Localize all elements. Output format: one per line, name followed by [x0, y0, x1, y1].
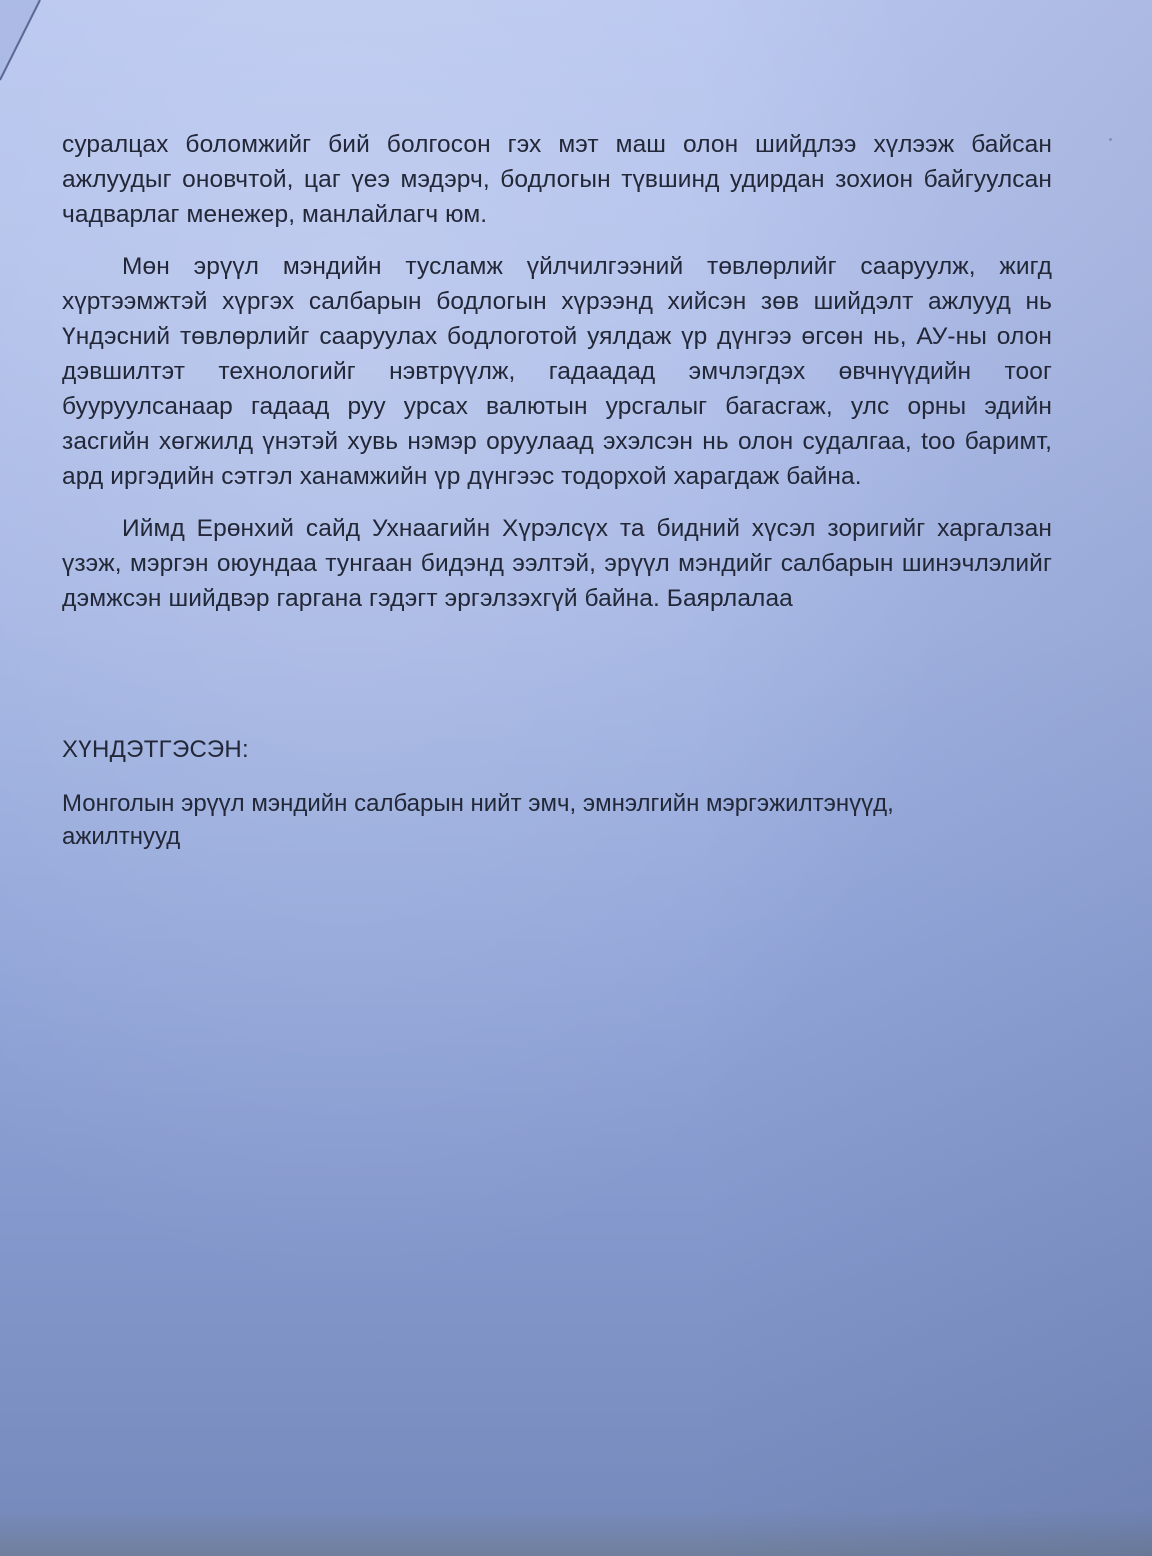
- text-line: ард иргэдийн сэтгэл ханамжийн үр дүнгээс…: [62, 459, 1052, 494]
- paragraph-intro-continuation: суралцах боломжийг бий болгосон гэх мэт …: [62, 127, 1052, 232]
- page-fold-edge: [0, 0, 60, 90]
- text-line: дэмжсэн шийдвэр гаргана гэдэгт эргэлзэхг…: [62, 581, 1052, 616]
- paragraph-appeal-to-prime-minister: Иймд Ерөнхий сайд Ухнаагийн Хүрэлсүх та …: [62, 511, 1052, 616]
- signatory-line: ажилтнууд: [62, 820, 1052, 853]
- text-line: чадварлаг менежер, манлайлагч юм.: [62, 197, 1052, 232]
- text-line: хүртээмжтэй хүргэх салбарын бодлогын хүр…: [62, 284, 1052, 319]
- text-line: үзэж, мэргэн оюундаа тунгаан бидэнд ээлт…: [62, 546, 1052, 581]
- signatory-line: Монголын эрүүл мэндийн салбарын нийт эмч…: [62, 787, 1052, 820]
- text-line: Үндэсний төвлөрлийг сааруулах бодлоготой…: [62, 319, 1052, 354]
- text-line: дэвшилтэт технологийг нэвтрүүлж, гадаада…: [62, 354, 1052, 389]
- paper-speck: [1109, 138, 1112, 141]
- text-line: ажлуудыг оновчтой, цаг үеэ мэдэрч, бодло…: [62, 162, 1052, 197]
- text-line: бууруулсанаар гадаад руу урсах валютын у…: [62, 389, 1052, 424]
- closing-heading: ХҮНДЭТГЭСЭН:: [62, 733, 1052, 767]
- closing-signature-block: ХҮНДЭТГЭСЭН: Монголын эрүүл мэндийн салб…: [62, 733, 1052, 853]
- document-body: суралцах боломжийг бий болгосон гэх мэт …: [62, 127, 1052, 633]
- text-line: суралцах боломжийг бий болгосон гэх мэт …: [62, 127, 1052, 162]
- text-line: засгийн хөгжилд үнэтэй хувь нэмэр оруула…: [62, 424, 1052, 459]
- text-line: Мөн эрүүл мэндийн тусламж үйлчилгээний т…: [62, 249, 1052, 284]
- paragraph-health-decentralization: Мөн эрүүл мэндийн тусламж үйлчилгээний т…: [62, 249, 1052, 494]
- text-line: Иймд Ерөнхий сайд Ухнаагийн Хүрэлсүх та …: [62, 511, 1052, 546]
